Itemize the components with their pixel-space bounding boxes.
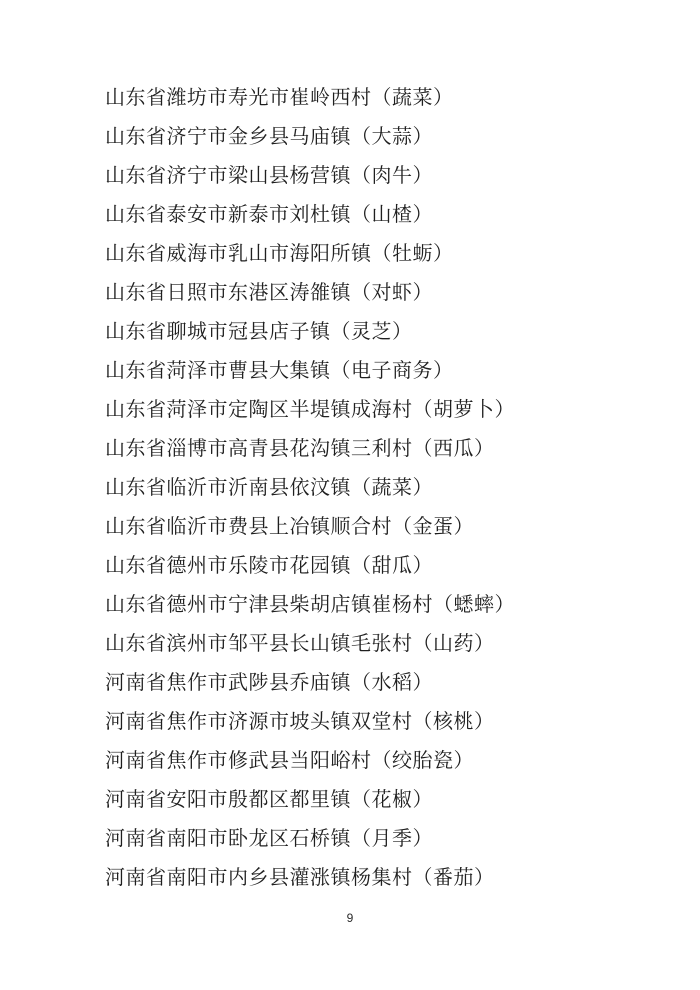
entry-line: 山东省潍坊市寿光市崔岭西村（蔬菜） — [105, 78, 660, 117]
entry-line: 山东省淄博市高青县花沟镇三利村（西瓜） — [105, 429, 660, 468]
entry-list: 山东省潍坊市寿光市崔岭西村（蔬菜）山东省济宁市金乡县马庙镇（大蒜）山东省济宁市梁… — [105, 78, 660, 897]
entry-line: 山东省泰安市新泰市刘杜镇（山楂） — [105, 195, 660, 234]
entry-line: 山东省济宁市梁山县杨营镇（肉牛） — [105, 156, 660, 195]
entry-line: 山东省临沂市沂南县依汶镇（蔬菜） — [105, 468, 660, 507]
entry-line: 山东省聊城市冠县店子镇（灵芝） — [105, 312, 660, 351]
entry-line: 山东省济宁市金乡县马庙镇（大蒜） — [105, 117, 660, 156]
entry-line: 河南省焦作市济源市坡头镇双堂村（核桃） — [105, 702, 660, 741]
entry-line: 山东省菏泽市曹县大集镇（电子商务） — [105, 351, 660, 390]
entry-line: 山东省菏泽市定陶区半堤镇成海村（胡萝卜） — [105, 390, 660, 429]
entry-line: 山东省临沂市费县上冶镇顺合村（金蛋） — [105, 507, 660, 546]
entry-line: 河南省南阳市内乡县灌涨镇杨集村（番茄） — [105, 858, 660, 897]
page-number: 9 — [0, 911, 700, 925]
entry-line: 河南省焦作市修武县当阳峪村（绞胎瓷） — [105, 741, 660, 780]
entry-line: 山东省日照市东港区涛雒镇（对虾） — [105, 273, 660, 312]
entry-line: 山东省德州市乐陵市花园镇（甜瓜） — [105, 546, 660, 585]
document-page: 山东省潍坊市寿光市崔岭西村（蔬菜）山东省济宁市金乡县马庙镇（大蒜）山东省济宁市梁… — [0, 0, 700, 990]
entry-line: 山东省德州市宁津县柴胡店镇崔杨村（蟋蟀） — [105, 585, 660, 624]
entry-line: 河南省南阳市卧龙区石桥镇（月季） — [105, 819, 660, 858]
entry-line: 山东省威海市乳山市海阳所镇（牡蛎） — [105, 234, 660, 273]
entry-line: 河南省焦作市武陟县乔庙镇（水稻） — [105, 663, 660, 702]
entry-line: 河南省安阳市殷都区都里镇（花椒） — [105, 780, 660, 819]
entry-line: 山东省滨州市邹平县长山镇毛张村（山药） — [105, 624, 660, 663]
